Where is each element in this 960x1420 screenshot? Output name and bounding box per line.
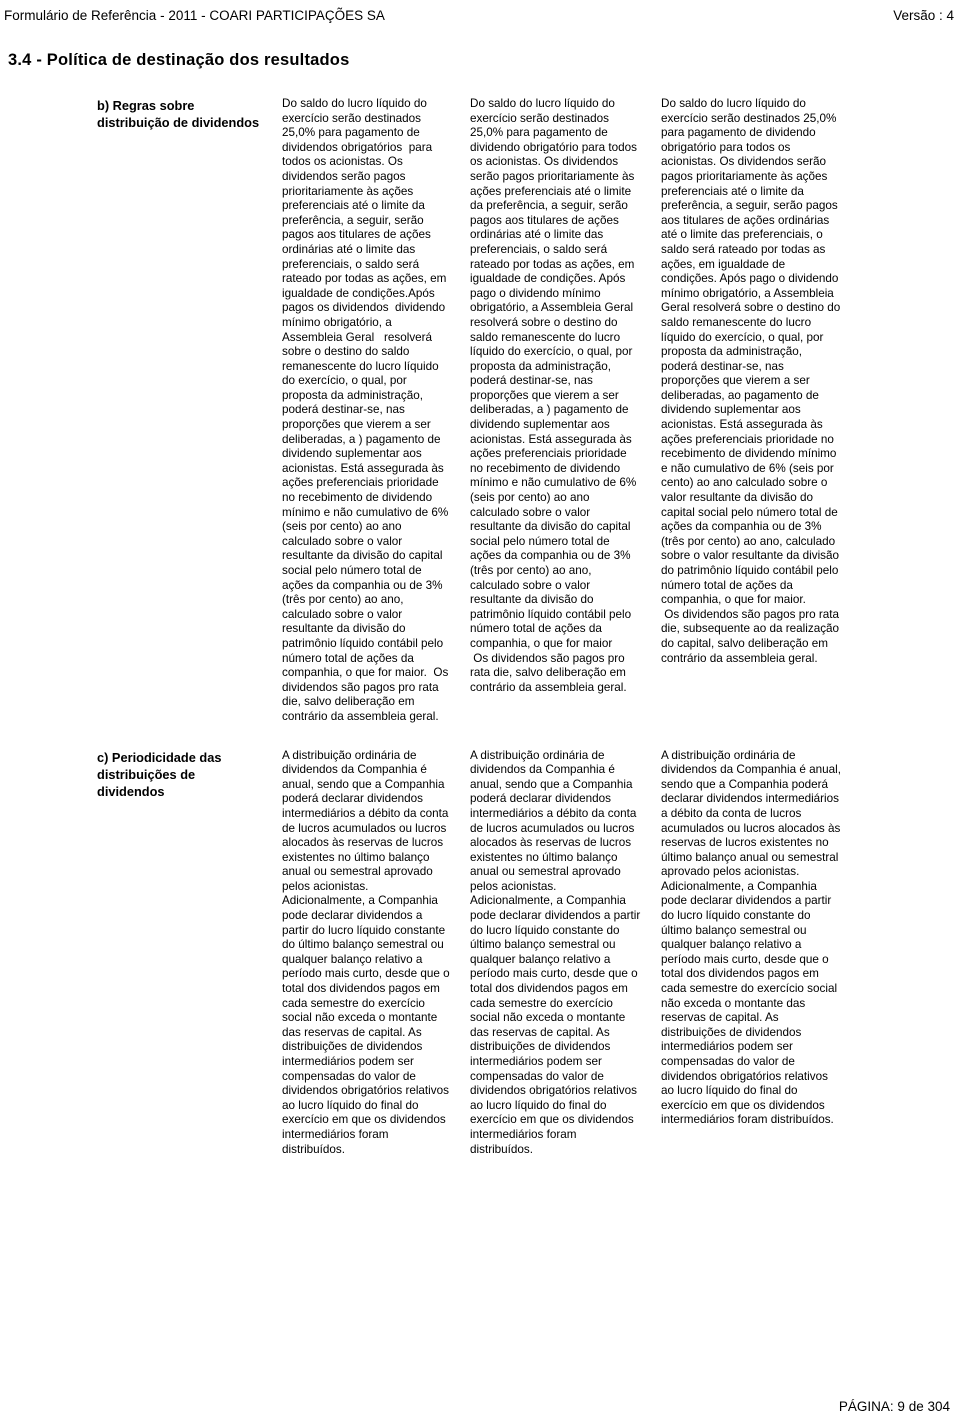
policy-cell: A distribuição ordinária de dividendos d… bbox=[470, 749, 641, 1158]
document-header: Formulário de Referência - 2011 - COARI … bbox=[0, 0, 960, 23]
policy-cell: Do saldo do lucro líquido do exercício s… bbox=[470, 97, 641, 725]
policy-cell: Do saldo do lucro líquido do exercício s… bbox=[282, 97, 450, 725]
document-title: Formulário de Referência - 2011 - COARI … bbox=[4, 8, 385, 23]
policy-cell: Do saldo do lucro líquido do exercício s… bbox=[661, 97, 841, 725]
policy-cell: A distribuição ordinária de dividendos d… bbox=[282, 749, 450, 1158]
policy-table: b) Regras sobre distribuição de dividend… bbox=[97, 97, 855, 1157]
section-title: 3.4 - Política de destinação dos resulta… bbox=[8, 51, 960, 70]
page-number: PÁGINA: 9 de 304 bbox=[839, 1399, 950, 1414]
version-label: Versão : 4 bbox=[893, 8, 954, 23]
policy-cell: A distribuição ordinária de dividendos d… bbox=[661, 749, 841, 1158]
row-label-dividend-rules: b) Regras sobre distribuição de dividend… bbox=[97, 97, 262, 725]
row-label-dividend-periodicity: c) Periodicidade das distribuições de di… bbox=[97, 749, 262, 1158]
